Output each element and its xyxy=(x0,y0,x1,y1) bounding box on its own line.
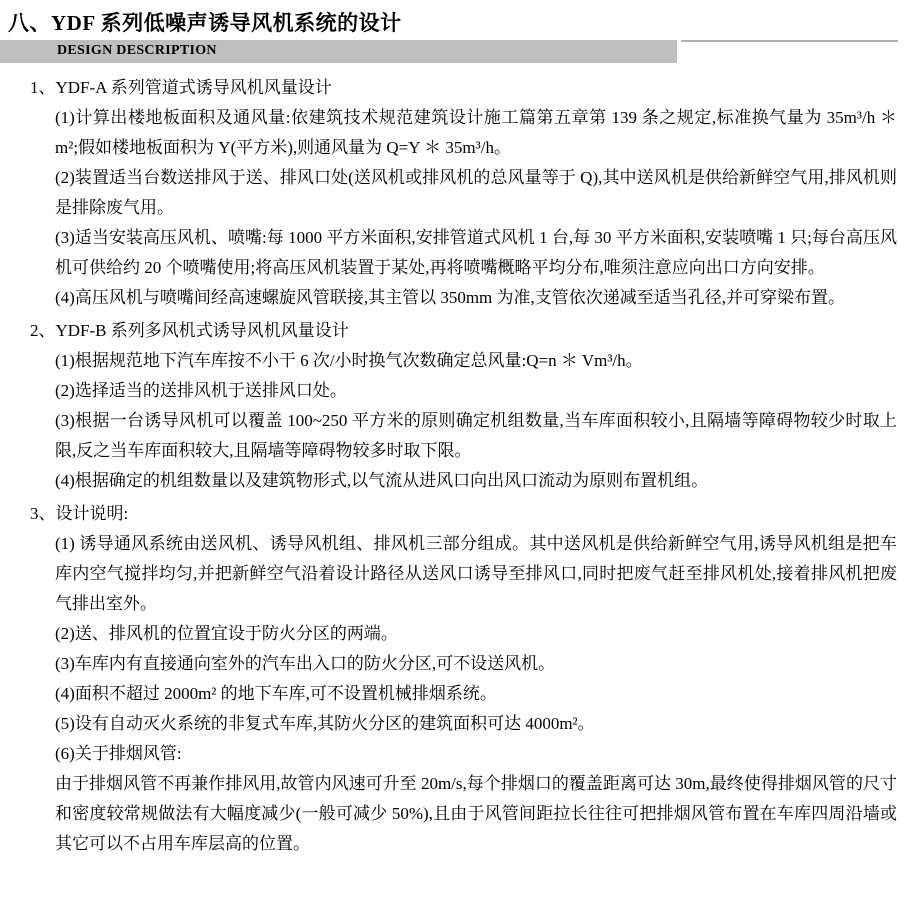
section-3: 3、设计说明: (1) 诱导通风系统由送风机、诱导风机组、排风机三部分组成。其中… xyxy=(0,499,905,859)
section-3-item-2: (2)送、排风机的位置宜设于防火分区的两端。 xyxy=(55,619,897,649)
section-1: 1、YDF-A 系列管道式诱导风机风量设计 (1)计算出楼地板面积及通风量:依建… xyxy=(0,73,905,313)
document-page: 八、YDF 系列低噪声诱导风机系统的设计 DESIGN DESCRIPTION … xyxy=(0,0,905,922)
section-3-item-6-body: 由于排烟风管不再兼作排风用,故管内风速可升至 20m/s,每个排烟口的覆盖距离可… xyxy=(55,769,897,859)
document-content: 1、YDF-A 系列管道式诱导风机风量设计 (1)计算出楼地板面积及通风量:依建… xyxy=(0,64,905,859)
design-description-label: DESIGN DESCRIPTION xyxy=(57,40,217,62)
section-2-heading: 2、YDF-B 系列多风机式诱导风机风量设计 xyxy=(30,316,897,346)
section-2: 2、YDF-B 系列多风机式诱导风机风量设计 (1)根据规范地下汽车库按不小干 … xyxy=(0,316,905,496)
section-3-item-4: (4)面积不超过 2000m² 的地下车库,可不设置机械排烟系统。 xyxy=(55,679,897,709)
section-1-item-2: (2)装置适当台数送排风于送、排风口处(送风机或排风机的总风量等于 Q),其中送… xyxy=(55,163,897,223)
section-1-item-4: (4)高压风机与喷嘴间经高速螺旋风管联接,其主管以 350mm 为准,支管依次递… xyxy=(55,283,897,313)
section-3-item-6: (6)关于排烟风管: xyxy=(55,739,897,769)
header-band-row: DESIGN DESCRIPTION xyxy=(0,40,905,64)
section-3-item-1: (1) 诱导通风系统由送风机、诱导风机组、排风机三部分组成。其中送风机是供给新鲜… xyxy=(55,529,897,619)
design-description-bar: DESIGN DESCRIPTION xyxy=(0,40,677,63)
section-3-item-3: (3)车库内有直接通向室外的汽车出入口的防火分区,可不设送风机。 xyxy=(55,649,897,679)
section-2-item-3: (3)根据一台诱导风机可以覆盖 100~250 平方米的原则确定机组数量,当车库… xyxy=(55,406,897,466)
page-title: 八、YDF 系列低噪声诱导风机系统的设计 xyxy=(0,0,905,38)
header-rule-line xyxy=(681,40,898,42)
section-1-item-1: (1)计算出楼地板面积及通风量:依建筑技术规范建筑设计施工篇第五章第 139 条… xyxy=(55,103,897,163)
section-2-item-2: (2)选择适当的送排风机于送排风口处。 xyxy=(55,376,897,406)
section-3-heading: 3、设计说明: xyxy=(30,499,897,529)
section-2-item-1: (1)根据规范地下汽车库按不小干 6 次/小时换气次数确定总风量:Q=n ＊ V… xyxy=(55,346,897,376)
section-1-heading: 1、YDF-A 系列管道式诱导风机风量设计 xyxy=(30,73,897,103)
section-3-item-5: (5)设有自动灭火系统的非复式车库,其防火分区的建筑面积可达 4000m²。 xyxy=(55,709,897,739)
section-2-item-4: (4)根据确定的机组数量以及建筑物形式,以气流从进风口向出风口流动为原则布置机组… xyxy=(55,466,897,496)
section-1-item-3: (3)适当安装高压风机、喷嘴:每 1000 平方米面积,安排管道式风机 1 台,… xyxy=(55,223,897,283)
